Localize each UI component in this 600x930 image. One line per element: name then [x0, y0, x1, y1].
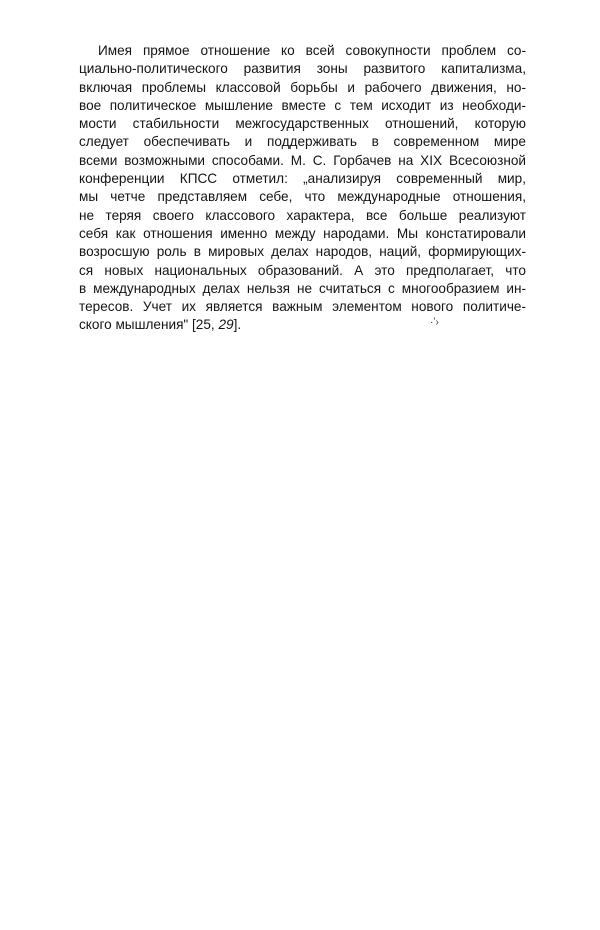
paragraph-line: всеми возможными способами. М. С. Горбач… [79, 152, 526, 170]
paragraph-line: циально-политического развития зоны разв… [79, 60, 526, 78]
paragraph-line: ся новых национальных образований. А это… [79, 262, 526, 280]
last-line-text: ского мышления" [25, [79, 317, 218, 332]
paragraph-line: мы четче представляем себе, что междунар… [79, 188, 526, 206]
body-paragraph: Имея прямое отношение ко всей совокупнос… [79, 42, 526, 335]
paragraph-line: возросшую роль в мировых делах народов, … [79, 243, 526, 261]
paragraph-line: конференции КПСС отметил: „анализируя со… [79, 170, 526, 188]
citation-page-ref: 29 [218, 317, 233, 332]
paragraph-line: тересов. Учет их является важным элемент… [79, 298, 526, 316]
paragraph-line: в международных делах нельзя не считатьс… [79, 280, 526, 298]
scan-artifact-mark: ·ʼ› [430, 317, 439, 328]
paragraph-line: себя как отношения именно между народами… [79, 225, 526, 243]
paragraph-line: включая проблемы классовой борьбы и рабо… [79, 79, 526, 97]
paragraph-line: Имея прямое отношение ко всей совокупнос… [79, 42, 526, 60]
paragraph-line: не теряя своего классового характера, вс… [79, 207, 526, 225]
paragraph-line: вое политическое мышление вместе с тем и… [79, 97, 526, 115]
citation-close: ]. [234, 317, 242, 332]
paragraph-last-line: ского мышления" [25, 29]. [79, 316, 526, 334]
paragraph-line: следует обеспечивать и поддерживать в со… [79, 133, 526, 151]
document-page: Имея прямое отношение ко всей совокупнос… [0, 0, 600, 930]
paragraph-line: мости стабильности межгосударственных от… [79, 115, 526, 133]
